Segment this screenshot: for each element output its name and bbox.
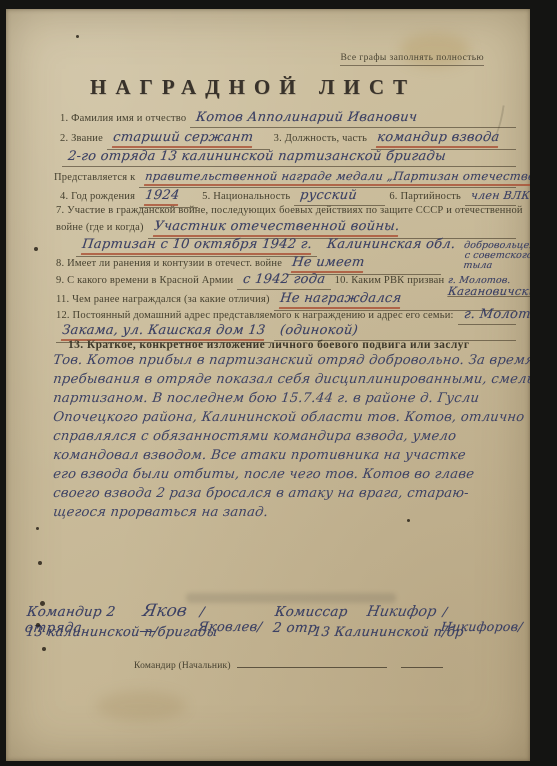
citation-line: пребывания в отряде показал себя дисципл… [52,370,516,389]
field-birthyear-value: 1924 [144,188,181,206]
field-rvk-label: 10. Каким РВК призван [335,275,445,286]
field-wounds-label: 8. Имеет ли ранения и контузии в отечест… [56,258,282,269]
field-war-participation-label: 7. Участие в гражданской войне, последую… [56,205,523,216]
commissar-signature: Никифор [365,604,437,620]
field-nationality-value: русский [299,188,358,203]
field-position-continuation-row: 2-го отряда 13 калининской партизанской … [62,147,516,167]
paper-speck [76,35,79,38]
citation-line: своего взвода 2 раза бросался в атаку на… [52,484,516,503]
paper-speck [34,247,38,251]
field-rank-value: старший сержант [112,130,254,148]
footer-signature-line [237,657,387,668]
document-paper: Все графы заполнять полностью НАГРАДНОЙ … [6,9,530,761]
field-party-value: член ВЛКСМ [470,189,530,202]
citation-line: партизаном. В последнем бою 15.7.44 г. в… [52,389,516,408]
paper-speck [42,647,46,651]
citation-line: командовал взводом. Все атаки противника… [52,446,516,465]
commissar-unit: 13 Калининской п/бр [313,625,466,640]
citation-line: щегося прорваться на запад. [52,503,516,522]
field-previous-awards-label: 11. Чем ранее награждался (за какие отли… [56,294,270,305]
citation-line: Опочецкого района, Калининской области т… [52,408,516,427]
field-army-since-label: 9. С какого времени в Красной Армии [56,275,233,286]
field-address-label: 12. Постоянный домашний адрес представля… [56,310,454,321]
field-name-label: 1. Фамилия имя и отчество [60,113,186,124]
footer-date-line [401,657,443,668]
field-war-participation-label-row: 7. Участие в гражданской войне, последую… [56,205,516,216]
paper-speck [36,527,39,530]
field-party-label: 6. Партийность [389,191,461,202]
field-address-single-value: (одинокой) [279,323,359,338]
field-position-value2: 2-го отряда 13 калининской партизанской … [67,149,447,164]
citation-line: Тов. Котов прибыл в партизанский отряд д… [52,351,516,370]
paper-speck [407,519,410,522]
field-presented-value: правительственной награде медали „Партиз… [144,169,530,186]
paper-stain [96,691,186,721]
field-birthyear-label: 4. Год рождения [60,191,135,202]
commander-unit: 13 калининской п/бригады [25,625,218,640]
citation-text: Тов. Котов прибыл в партизанский отряд д… [52,351,514,522]
field-position-value: командир взвода [376,130,501,148]
fill-all-fields-note: Все графы заполнять полностью [340,53,484,66]
field-citation-heading-row: 13. Краткое, конкретное изложение личног… [68,339,516,351]
field-army-since-value: с 1942 года [242,272,326,287]
field-presented-label: Представляется к [54,172,135,183]
signature-row-2: 13 калининской п/бригады 13 Калининской … [26,625,524,640]
field-partisan-region-value: Калининская обл. [326,237,456,252]
field-address-city-value: г. Молотов [463,307,530,322]
citation-line: справлялся с обязанностями командира взв… [52,427,516,446]
paper-speck [36,623,40,627]
paper-speck [38,561,42,565]
footer-commander-row: Командир (Начальник) [134,657,524,671]
field-citation-heading: 13. Краткое, конкретное изложение личног… [68,339,469,351]
field-war-participation-label2: войне (где и когда) [56,222,144,233]
field-presented-row: Представляется к правительственной награ… [54,167,516,188]
field-rank-label: 2. Звание [60,133,103,144]
field-position-label: 3. Должность, часть [274,133,367,144]
field-name-value: Котов Апполинарий Иванович [195,110,418,125]
field-name-row: 1. Фамилия имя и отчество Котов Апполина… [60,108,516,128]
paper-speck [40,601,45,606]
scanned-award-document: Все графы заполнять полностью НАГРАДНОЙ … [0,0,557,766]
citation-line: его взвода были отбиты, после чего тов. … [52,465,516,484]
field-nationality-label: 5. Национальность [202,191,290,202]
footer-commander-label: Командир (Начальник) [134,661,231,671]
document-title: НАГРАДНОЙ ЛИСТ [6,75,500,100]
